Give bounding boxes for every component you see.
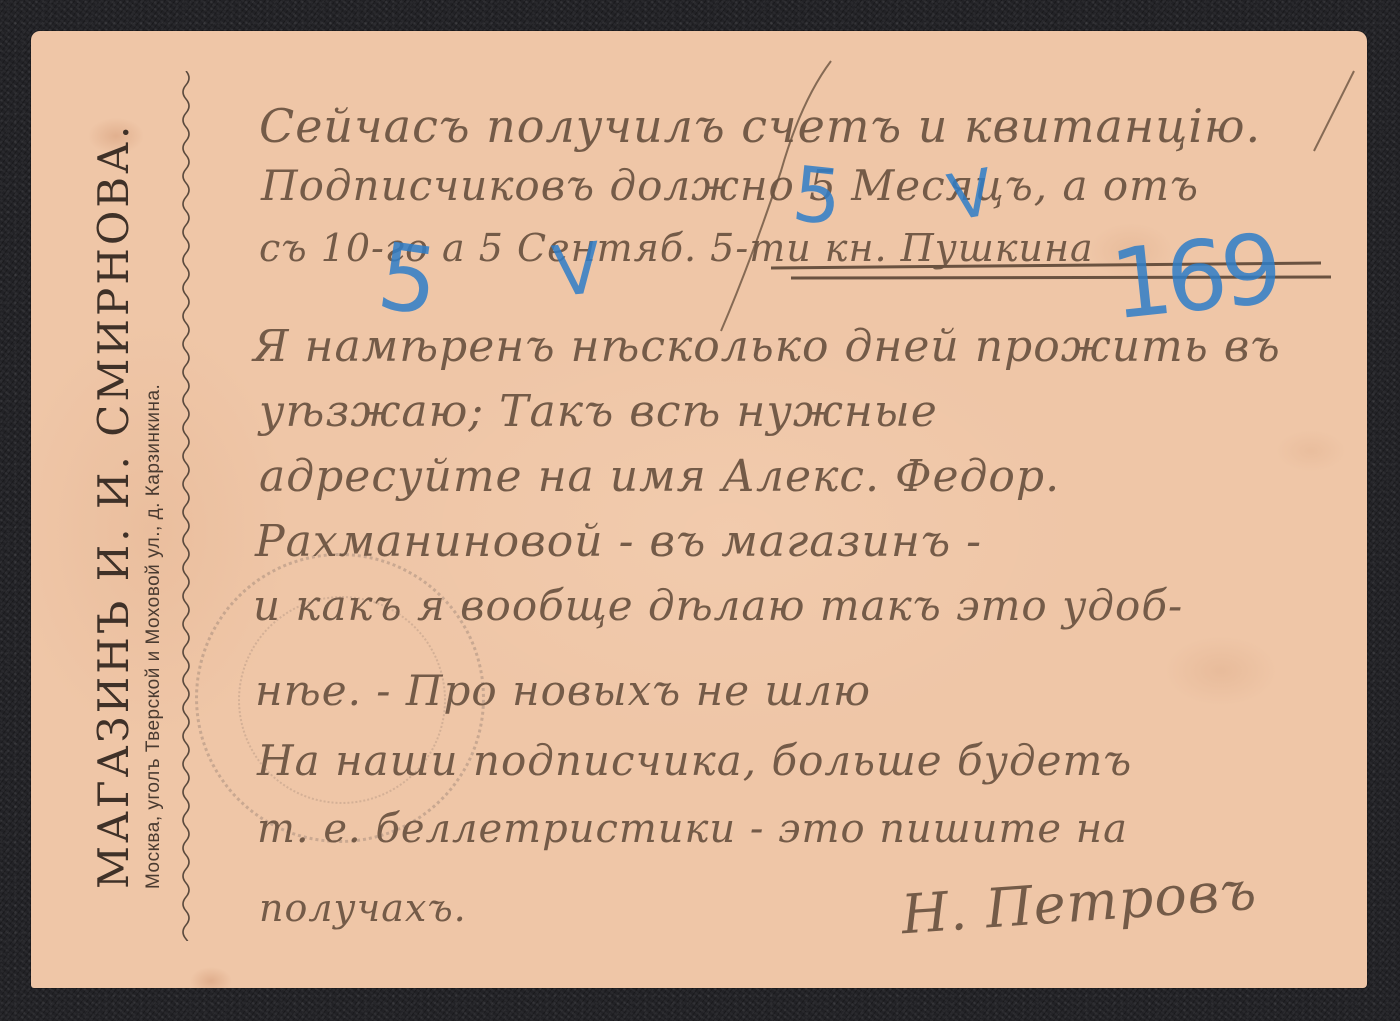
blue-pencil-number-right: 5: [788, 149, 845, 243]
printed-shop-address: Москва, уголъ Тверской и Моховой ул., д.…: [143, 384, 165, 889]
handwritten-line-12: получахъ.: [259, 886, 467, 930]
handwritten-line-8: и какъ я вообще дѣлаю такъ это удоб-: [253, 581, 1183, 630]
handwritten-line-1: Сейчасъ получилъ счетъ и квитанцію.: [259, 99, 1261, 153]
blue-pencil-mark-left: V: [549, 227, 605, 314]
postcard: МАГАЗИНЪ И. И. СМИРНОВА. Москва, уголъ Т…: [31, 31, 1367, 988]
printed-shop-name: МАГАЗИНЪ И. И. СМИРНОВА.: [89, 123, 138, 889]
signature: Н. Петровъ: [899, 859, 1259, 947]
blue-pencil-year: 169: [1106, 213, 1282, 342]
wavy-divider-line: [180, 71, 192, 941]
handwritten-line-2: Подписчиковъ должно 5 Месяцъ, а отъ: [261, 161, 1199, 210]
handwritten-line-5: уѣзжаю; Такъ всѣ нужные: [259, 386, 938, 437]
handwritten-line-9: нѣе. - Про новыхъ не шлю: [255, 666, 871, 715]
handwritten-line-6: адресуйте на имя Алекс. Федор.: [259, 451, 1060, 502]
handwritten-line-7: Рахманиновой - въ магазинъ -: [255, 516, 982, 567]
handwritten-line-10: На наши подписчика, больше будетъ: [257, 736, 1132, 785]
handwritten-line-11: т. е. беллетристики - это пишите на: [257, 806, 1128, 852]
